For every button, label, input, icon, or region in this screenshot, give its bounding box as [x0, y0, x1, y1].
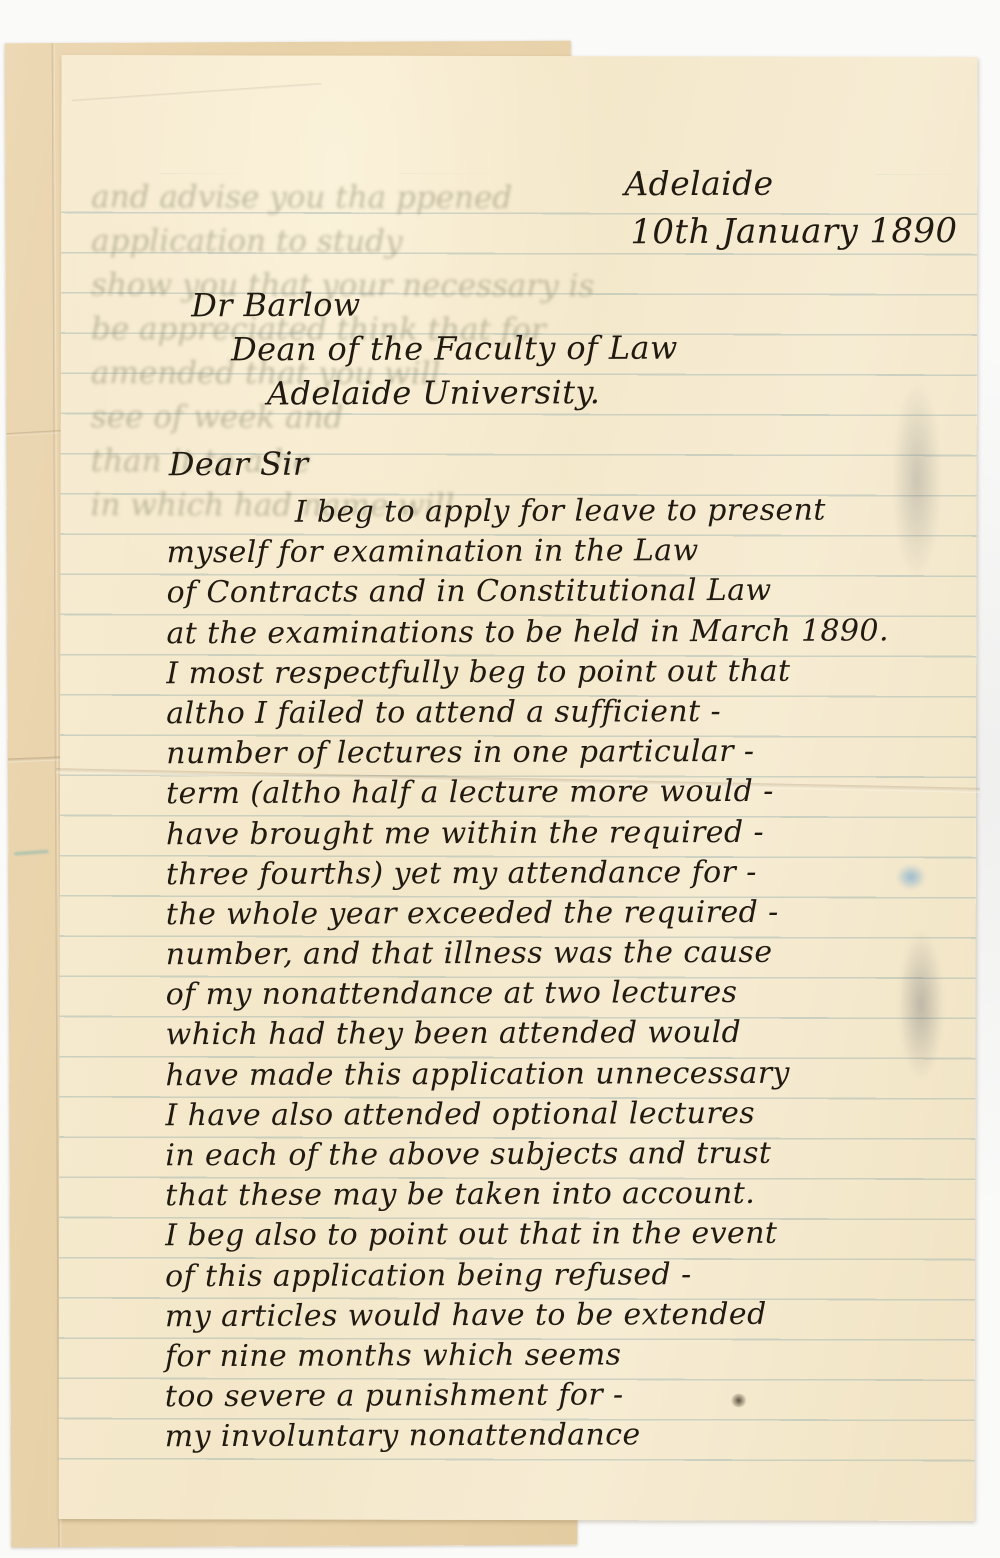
- scanned-letter-background: { "document": { "kind": "handwritten let…: [0, 0, 1000, 1558]
- header-date: 10th January 1890: [630, 207, 957, 256]
- ink-blot: [731, 1393, 747, 1407]
- body-line: altho I failed to attend a sufficient -: [166, 691, 966, 734]
- top-corner-crease: [72, 83, 322, 103]
- body-line: I have also attended optional lectures: [165, 1093, 965, 1136]
- margin-blue-smudge: [896, 864, 926, 890]
- body-line: I most respectfully beg to point out tha…: [166, 651, 966, 694]
- body-line: that these may be taken into account.: [165, 1173, 965, 1216]
- recipient-block: Dr Barlow Dean of the Faculty of Law Ade…: [191, 283, 678, 416]
- body-line: too severe a punishment for -: [165, 1374, 965, 1417]
- body-line: which had they been attended would: [166, 1012, 966, 1055]
- body-line: I beg to apply for leave to present: [167, 490, 967, 533]
- body-line: have brought me within the required -: [166, 812, 966, 855]
- margin-smudge-lower: [898, 930, 944, 1080]
- recipient-title: Dean of the Faculty of Law: [231, 326, 678, 372]
- body-line: I beg also to point out that in the even…: [165, 1213, 965, 1256]
- body-line: have made this application unnecessary: [165, 1053, 965, 1096]
- teal-pencil-mark: [14, 850, 48, 856]
- recipient-name: Dr Barlow: [191, 281, 678, 327]
- salutation: Dear Sir: [169, 445, 309, 484]
- body-line: the whole year exceeded the required -: [166, 892, 966, 935]
- letter-body: I beg to apply for leave to presentmysel…: [165, 493, 967, 1459]
- body-line: in each of the above subjects and trust: [165, 1133, 965, 1176]
- body-line: number of lectures in one particular -: [166, 731, 966, 774]
- body-line: three fourths) yet my attendance for -: [166, 852, 966, 895]
- body-line: of this application being refused -: [165, 1254, 965, 1297]
- body-line: for nine months which seems: [165, 1334, 965, 1377]
- body-line: my involuntary nonattendance: [165, 1414, 965, 1457]
- letter-page: and advise you tha ppenedapplication to …: [58, 55, 977, 1521]
- body-line: term (altho half a lecture more would -: [166, 771, 966, 814]
- letter-header: Adelaide 10th January 1890: [624, 160, 957, 257]
- body-line: of my nonattendance at two lectures: [166, 972, 966, 1015]
- body-line: myself for examination in the Law: [167, 530, 967, 573]
- body-line: at the examinations to be held in March …: [166, 611, 966, 654]
- body-line: of Contracts and in Constitutional Law: [166, 570, 966, 613]
- margin-smudge-upper: [892, 380, 942, 580]
- body-line: my articles would have to be extended: [165, 1294, 965, 1337]
- header-place: Adelaide: [624, 159, 957, 208]
- recipient-institution: Adelaide University.: [267, 370, 678, 416]
- body-line: number, and that illness was the cause: [166, 932, 966, 975]
